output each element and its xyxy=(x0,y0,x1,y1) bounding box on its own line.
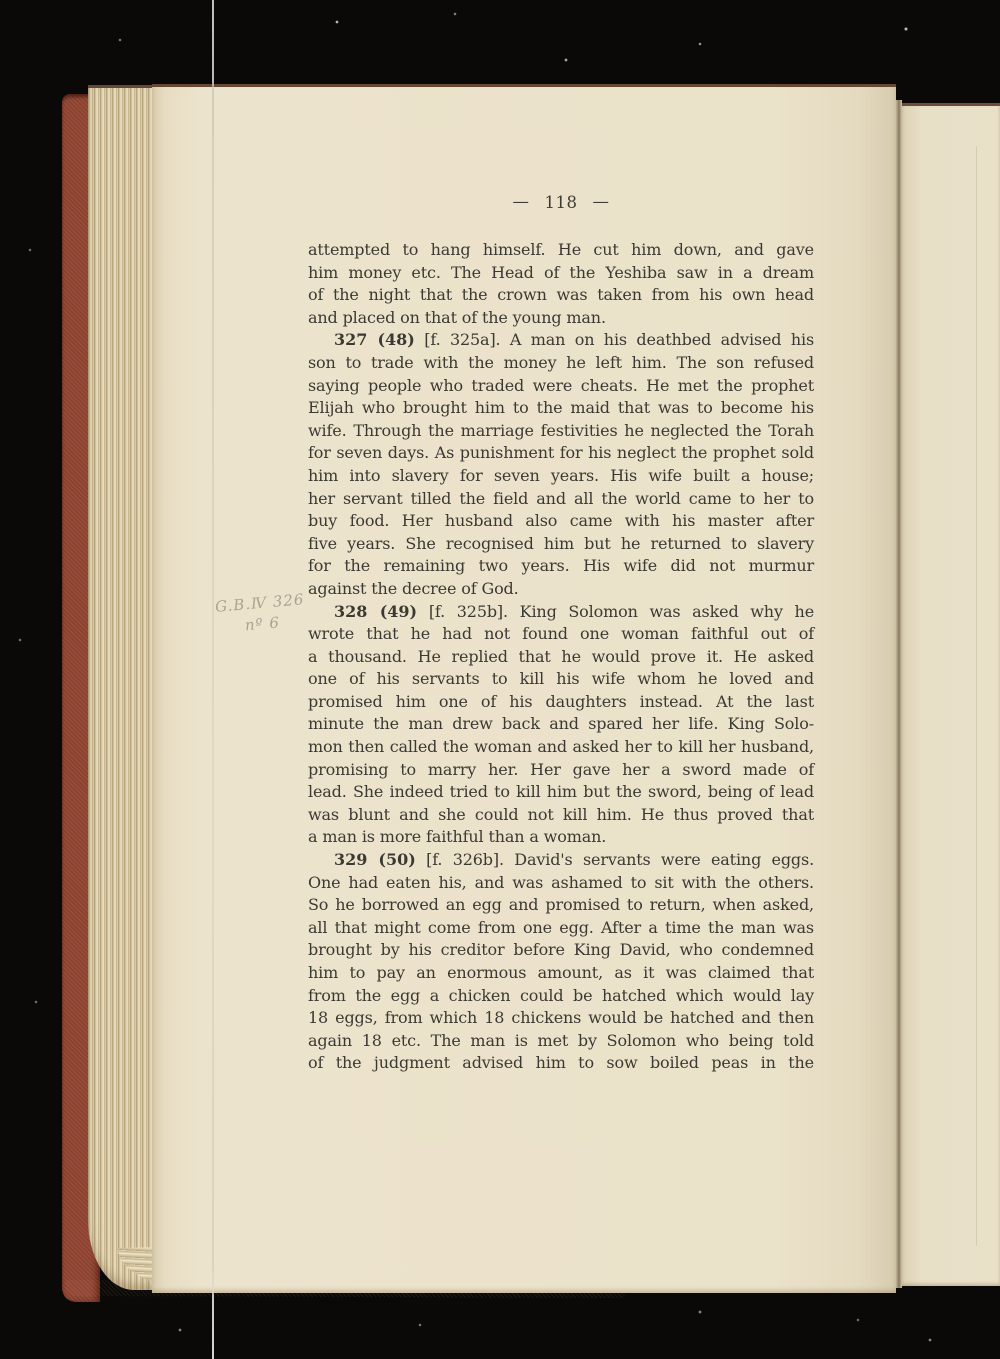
photo-background: —118— attempted to hang himself. He cut … xyxy=(0,0,1000,1359)
text-line: Elijah who brought him to the maid that … xyxy=(308,397,814,420)
text-line: was blunt and she could not kill him. He… xyxy=(308,804,814,827)
text-line: saying people who traded were cheats. He… xyxy=(308,375,814,398)
text-line: five years. She recognised him but he re… xyxy=(308,533,814,556)
text-line: all that might come from one egg. After … xyxy=(308,917,814,940)
story-number: 327 (48) xyxy=(334,330,415,349)
text-line: from the egg a chicken could be hatched … xyxy=(308,985,814,1008)
text-line: a man is more faithful than a woman. xyxy=(308,826,814,849)
header-dash-right: — xyxy=(593,192,610,211)
story-number: 329 (50) xyxy=(334,850,416,869)
page-stack-fore-edge xyxy=(88,85,160,1290)
text-line: of the judgment advised him to sow boile… xyxy=(308,1052,814,1075)
text-line: attempted to hang himself. He cut him do… xyxy=(308,239,814,262)
text-line: 18 eggs, from which 18 chickens would be… xyxy=(308,1007,814,1030)
text-line: one of his servants to kill his wife who… xyxy=(308,668,814,691)
page-header: —118— xyxy=(308,193,814,212)
header-dash-left: — xyxy=(513,192,530,211)
story-number: 328 (49) xyxy=(334,602,417,621)
text-line: wife. Through the marriage festivities h… xyxy=(308,420,814,443)
text-line: buy food. Her husband also came with his… xyxy=(308,510,814,533)
page-number: 118 xyxy=(545,193,578,212)
text-line: promised him one of his daughters instea… xyxy=(308,691,814,714)
text-line: again 18 etc. The man is met by Solomon … xyxy=(308,1030,814,1053)
text-line: and placed on that of the young man. xyxy=(308,307,814,330)
text-block: attempted to hang himself. He cut him do… xyxy=(308,239,814,1075)
annotation-line-2: nº 6 xyxy=(244,610,307,636)
text-line: for the remaining two years. His wife di… xyxy=(308,555,814,578)
text-line: for seven days. As punishment for his ne… xyxy=(308,442,814,465)
text-line: him money etc. The Head of the Yeshiba s… xyxy=(308,262,814,285)
hanging-thread xyxy=(212,0,214,1359)
text-line: minute the man drew back and spared her … xyxy=(308,713,814,736)
text-line: So he borrowed an egg and promised to re… xyxy=(308,894,814,917)
text-line: him into slavery for seven years. His wi… xyxy=(308,465,814,488)
text-line: against the decree of God. xyxy=(308,578,814,601)
text-line: her servant tilled the field and all the… xyxy=(308,488,814,511)
book-page-left: —118— attempted to hang himself. He cut … xyxy=(152,84,896,1293)
page-scratch-mark xyxy=(976,146,977,1246)
book-page-right xyxy=(902,103,1000,1286)
text-line: 329 (50) [f. 326b]. David's servants wer… xyxy=(308,849,814,872)
text-line: mon then called the woman and asked her … xyxy=(308,736,814,759)
text-line: him to pay an enormous amount, as it was… xyxy=(308,962,814,985)
text-line: 328 (49) [f. 325b]. King Solomon was ask… xyxy=(308,601,814,624)
text-line: promising to marry her. Her gave her a s… xyxy=(308,759,814,782)
handwritten-annotation: G.B.Ⅳ 326 nº 6 xyxy=(214,589,307,639)
text-line: lead. She indeed tried to kill him but t… xyxy=(308,781,814,804)
text-line: 327 (48) [f. 325a]. A man on his deathbe… xyxy=(308,329,814,352)
text-line: brought by his creditor before King Davi… xyxy=(308,939,814,962)
text-line: a thousand. He replied that he would pro… xyxy=(308,646,814,669)
text-line: son to trade with the money he left him.… xyxy=(308,352,814,375)
text-line: of the night that the crown was taken fr… xyxy=(308,284,814,307)
text-line: One had eaten his, and was ashamed to si… xyxy=(308,872,814,895)
text-line: wrote that he had not found one woman fa… xyxy=(308,623,814,646)
